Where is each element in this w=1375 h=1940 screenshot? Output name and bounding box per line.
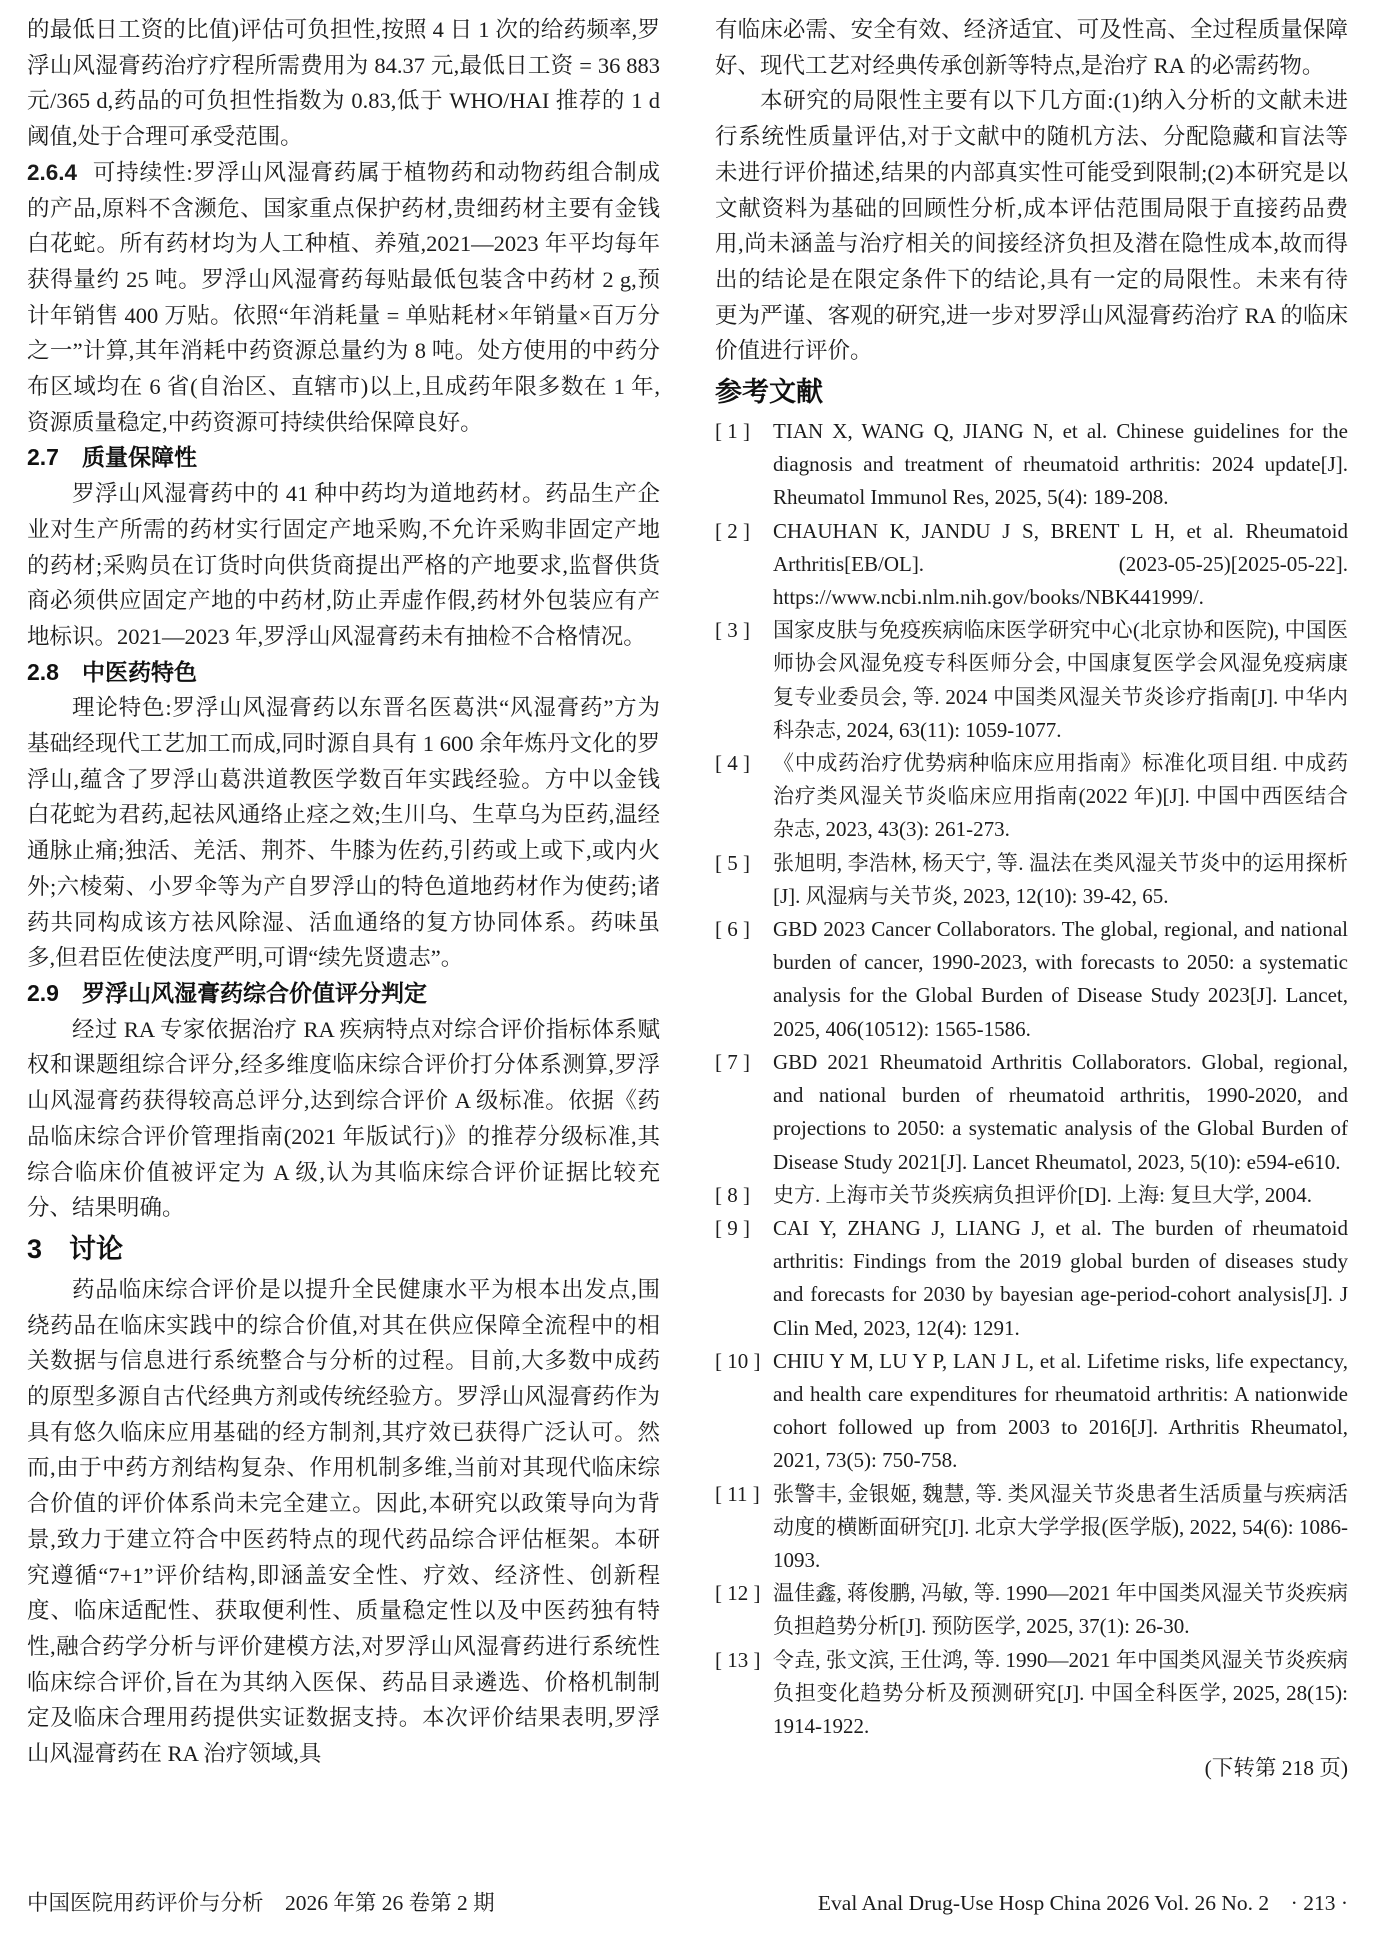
section-2-6-4-text: 可持续性:罗浮山风湿膏药属于植物药和动物药组合制成的产品,原料不含濒危、国家重点… bbox=[27, 160, 660, 435]
reference-number: [ 12 ] bbox=[715, 1577, 773, 1643]
reference-number: [ 9 ] bbox=[715, 1212, 773, 1345]
reference-text: 国家皮肤与免疫疾病临床医学研究中心(北京协和医院), 中国医师协会风湿免疫专科医… bbox=[773, 614, 1348, 747]
paragraph-section-2-6-4: 2.6.4可持续性:罗浮山风湿膏药属于植物药和动物药组合制成的产品,原料不含濒危… bbox=[27, 155, 660, 441]
references-heading: 参考文献 bbox=[715, 371, 1348, 413]
right-column: 有临床必需、安全有效、经济适宜、可及性高、全过程质量保障好、现代工艺对经典传承创… bbox=[715, 12, 1348, 1785]
paragraph-discussion: 药品临床综合评价是以提升全民健康水平为根本出发点,围绕药品在临床实践中的综合价值… bbox=[27, 1272, 660, 1772]
reference-item: [ 11 ] 张警丰, 金银姬, 魏慧, 等. 类风湿关节炎患者生活质量与疾病活… bbox=[715, 1478, 1348, 1578]
reference-item: [ 12 ] 温佳鑫, 蒋俊鹏, 冯敏, 等. 1990—2021 年中国类风湿… bbox=[715, 1577, 1348, 1643]
reference-item: [ 9 ] CAI Y, ZHANG J, LIANG J, et al. Th… bbox=[715, 1212, 1348, 1345]
section-number-2-6-4: 2.6.4 bbox=[27, 160, 77, 185]
paragraph-discussion-continued: 有临床必需、安全有效、经济适宜、可及性高、全过程质量保障好、现代工艺对经典传承创… bbox=[715, 12, 1348, 83]
reference-text: CAI Y, ZHANG J, LIANG J, et al. The burd… bbox=[773, 1212, 1348, 1345]
reference-item: [ 6 ] GBD 2023 Cancer Collaborators. The… bbox=[715, 913, 1348, 1046]
footer-journal-title-cn: 中国医院用药评价与分析 2026 年第 26 卷第 2 期 bbox=[27, 1888, 495, 1918]
reference-item: [ 4 ] 《中成药治疗优势病种临床应用指南》标准化项目组. 中成药治疗类风湿关… bbox=[715, 747, 1348, 847]
reference-number: [ 1 ] bbox=[715, 415, 773, 515]
reference-item: [ 10 ] CHIU Y M, LU Y P, LAN J L, et al.… bbox=[715, 1345, 1348, 1478]
reference-number: [ 7 ] bbox=[715, 1046, 773, 1179]
reference-item: [ 2 ] CHAUHAN K, JANDU J S, BRENT L H, e… bbox=[715, 515, 1348, 615]
reference-number: [ 3 ] bbox=[715, 614, 773, 747]
paragraph-limitations: 本研究的局限性主要有以下几方面:(1)纳入分析的文献未进行系统性质量评估,对于文… bbox=[715, 83, 1348, 369]
reference-text: CHIU Y M, LU Y P, LAN J L, et al. Lifeti… bbox=[773, 1345, 1348, 1478]
footer-journal-title-en-page-number: Eval Anal Drug-Use Hosp China 2026 Vol. … bbox=[818, 1888, 1348, 1918]
section-heading-2-9: 2.9 罗浮山风湿膏药综合价值评分判定 bbox=[27, 976, 660, 1012]
reference-number: [ 5 ] bbox=[715, 847, 773, 913]
section-heading-3-discussion: 3 讨论 bbox=[27, 1228, 660, 1270]
reference-list: [ 1 ] TIAN X, WANG Q, JIANG N, et al. Ch… bbox=[715, 415, 1348, 1743]
paragraph-continued-from-previous-page: 的最低日工资的比值)评估可负担性,按照 4 日 1 次的给药频率,罗浮山风湿膏药… bbox=[27, 12, 660, 155]
reference-item: [ 13 ] 令垚, 张文滨, 王仕鸿, 等. 1990—2021 年中国类风湿… bbox=[715, 1644, 1348, 1744]
reference-text: CHAUHAN K, JANDU J S, BRENT L H, et al. … bbox=[773, 515, 1348, 615]
reference-item: [ 5 ] 张旭明, 李浩林, 杨天宁, 等. 温法在类风湿关节炎中的运用探析[… bbox=[715, 847, 1348, 913]
reference-text: 张警丰, 金银姬, 魏慧, 等. 类风湿关节炎患者生活质量与疾病活动度的横断面研… bbox=[773, 1478, 1348, 1578]
reference-text: GBD 2021 Rheumatoid Arthritis Collaborat… bbox=[773, 1046, 1348, 1179]
reference-number: [ 13 ] bbox=[715, 1644, 773, 1744]
reference-text: TIAN X, WANG Q, JIANG N, et al. Chinese … bbox=[773, 415, 1348, 515]
paragraph-comprehensive-score: 经过 RA 专家依据治疗 RA 疾病特点对综合评价指标体系赋权和课题组综合评分,… bbox=[27, 1012, 660, 1226]
reference-item: [ 7 ] GBD 2021 Rheumatoid Arthritis Coll… bbox=[715, 1046, 1348, 1179]
reference-text: 温佳鑫, 蒋俊鹏, 冯敏, 等. 1990—2021 年中国类风湿关节炎疾病负担… bbox=[773, 1577, 1348, 1643]
left-column: 的最低日工资的比值)评估可负担性,按照 4 日 1 次的给药频率,罗浮山风湿膏药… bbox=[27, 12, 660, 1772]
continuation-note: (下转第 218 页) bbox=[715, 1751, 1348, 1785]
reference-number: [ 6 ] bbox=[715, 913, 773, 1046]
section-heading-2-7: 2.7 质量保障性 bbox=[27, 440, 660, 476]
reference-text: GBD 2023 Cancer Collaborators. The globa… bbox=[773, 913, 1348, 1046]
reference-number: [ 8 ] bbox=[715, 1179, 773, 1212]
section-heading-2-8: 2.8 中医药特色 bbox=[27, 655, 660, 691]
paragraph-tcm-characteristics: 理论特色:罗浮山风湿膏药以东晋名医葛洪“风湿膏药”方为基础经现代工艺加工而成,同… bbox=[27, 690, 660, 976]
reference-text: 《中成药治疗优势病种临床应用指南》标准化项目组. 中成药治疗类风湿关节炎临床应用… bbox=[773, 747, 1348, 847]
reference-number: [ 2 ] bbox=[715, 515, 773, 615]
reference-text: 令垚, 张文滨, 王仕鸿, 等. 1990—2021 年中国类风湿关节炎疾病负担… bbox=[773, 1644, 1348, 1744]
reference-number: [ 4 ] bbox=[715, 747, 773, 847]
reference-item: [ 8 ] 史方. 上海市关节炎疾病负担评价[D]. 上海: 复旦大学, 200… bbox=[715, 1179, 1348, 1212]
reference-number: [ 11 ] bbox=[715, 1478, 773, 1578]
paragraph-quality-assurance: 罗浮山风湿膏药中的 41 种中药均为道地药材。药品生产企业对生产所需的药材实行固… bbox=[27, 476, 660, 655]
reference-item: [ 1 ] TIAN X, WANG Q, JIANG N, et al. Ch… bbox=[715, 415, 1348, 515]
reference-text: 张旭明, 李浩林, 杨天宁, 等. 温法在类风湿关节炎中的运用探析[J]. 风湿… bbox=[773, 847, 1348, 913]
reference-item: [ 3 ] 国家皮肤与免疫疾病临床医学研究中心(北京协和医院), 中国医师协会风… bbox=[715, 614, 1348, 747]
reference-number: [ 10 ] bbox=[715, 1345, 773, 1478]
journal-page: 的最低日工资的比值)评估可负担性,按照 4 日 1 次的给药频率,罗浮山风湿膏药… bbox=[0, 0, 1375, 1940]
reference-text: 史方. 上海市关节炎疾病负担评价[D]. 上海: 复旦大学, 2004. bbox=[773, 1179, 1348, 1212]
